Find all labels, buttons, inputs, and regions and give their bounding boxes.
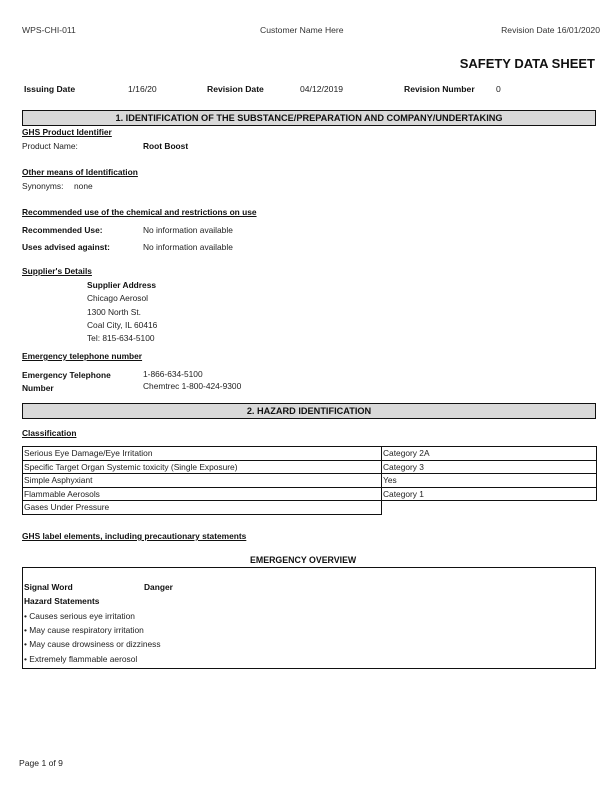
- ghs-product-identifier-heading: GHS Product Identifier: [22, 127, 112, 137]
- hazard-statements-label: Hazard Statements: [24, 596, 99, 606]
- other-means-heading: Other means of Identification: [22, 167, 138, 177]
- hazard-category: Category 3: [382, 460, 597, 474]
- signal-word-value: Danger: [144, 582, 173, 592]
- emergency-overview-heading: EMERGENCY OVERVIEW: [250, 555, 356, 565]
- hazard-category: Category 2A: [382, 447, 597, 461]
- issuing-date-value: 1/16/20: [128, 84, 157, 94]
- issuing-date-label: Issuing Date: [24, 84, 75, 94]
- synonyms-value: none: [74, 181, 93, 191]
- revision-number-label: Revision Number: [404, 84, 475, 94]
- emergency-telephone-heading: Emergency telephone number: [22, 351, 142, 361]
- hazard-statement: • Extremely flammable aerosol: [24, 654, 137, 664]
- hazard-statement: • Causes serious eye irritation: [24, 611, 135, 621]
- supplier-address-label: Supplier Address: [87, 280, 156, 290]
- supplier-line: Chicago Aerosol: [87, 293, 148, 303]
- hazard-statement: • May cause drowsiness or dizziness: [24, 639, 161, 649]
- emergency-phone-2: Chemtrec 1-800-424-9300: [143, 381, 241, 391]
- section-1-heading: 1. IDENTIFICATION OF THE SUBSTANCE/PREPA…: [22, 110, 596, 126]
- emergency-telephone-label-2: Number: [22, 383, 54, 393]
- emergency-phone-1: 1-866-634-5100: [143, 369, 203, 379]
- supplier-line: Coal City, IL 60416: [87, 320, 157, 330]
- recommended-use-heading: Recommended use of the chemical and rest…: [22, 207, 257, 217]
- supplier-details-heading: Supplier's Details: [22, 266, 92, 276]
- hazard-category: Category 1: [382, 487, 597, 501]
- uses-advised-against-value: No information available: [143, 242, 233, 252]
- revision-number-value: 0: [496, 84, 501, 94]
- signal-word-label: Signal Word: [24, 582, 73, 592]
- hazard-category: Yes: [382, 474, 597, 488]
- page-title: SAFETY DATA SHEET: [460, 56, 595, 71]
- hazard-class: Gases Under Pressure: [23, 501, 382, 515]
- table-row: Flammable Aerosols Category 1: [23, 487, 597, 501]
- hazard-class: Flammable Aerosols: [23, 487, 382, 501]
- table-row: Serious Eye Damage/Eye Irritation Catego…: [23, 447, 597, 461]
- header-revision-date: Revision Date 16/01/2020: [501, 25, 600, 35]
- classification-heading: Classification: [22, 428, 76, 438]
- hazard-category: [382, 501, 597, 515]
- table-row: Gases Under Pressure: [23, 501, 597, 515]
- recommended-use-value: No information available: [143, 225, 233, 235]
- customer-name: Customer Name Here: [260, 25, 344, 35]
- revision-date-value: 04/12/2019: [300, 84, 343, 94]
- synonyms-label: Synonyms:: [22, 181, 63, 191]
- hazard-class: Serious Eye Damage/Eye Irritation: [23, 447, 382, 461]
- hazard-class: Simple Asphyxiant: [23, 474, 382, 488]
- ghs-label-elements-heading: GHS label elements, including precaution…: [22, 531, 246, 541]
- table-row: Specific Target Organ Systemic toxicity …: [23, 460, 597, 474]
- product-name-value: Root Boost: [143, 141, 188, 151]
- supplier-line: Tel: 815-634-5100: [87, 333, 155, 343]
- classification-table: Serious Eye Damage/Eye Irritation Catego…: [22, 446, 597, 515]
- uses-advised-against-label: Uses advised against:: [22, 242, 110, 252]
- table-row: Simple Asphyxiant Yes: [23, 474, 597, 488]
- page-number: Page 1 of 9: [19, 758, 63, 768]
- section-2-heading: 2. HAZARD IDENTIFICATION: [22, 403, 596, 419]
- emergency-telephone-label: Emergency Telephone: [22, 370, 111, 380]
- document-id: WPS-CHI-011: [22, 25, 76, 35]
- product-name-label: Product Name:: [22, 141, 78, 151]
- hazard-class: Specific Target Organ Systemic toxicity …: [23, 460, 382, 474]
- supplier-line: 1300 North St.: [87, 307, 141, 317]
- recommended-use-label: Recommended Use:: [22, 225, 103, 235]
- revision-date-label: Revision Date: [207, 84, 264, 94]
- hazard-statement: • May cause respiratory irritation: [24, 625, 144, 635]
